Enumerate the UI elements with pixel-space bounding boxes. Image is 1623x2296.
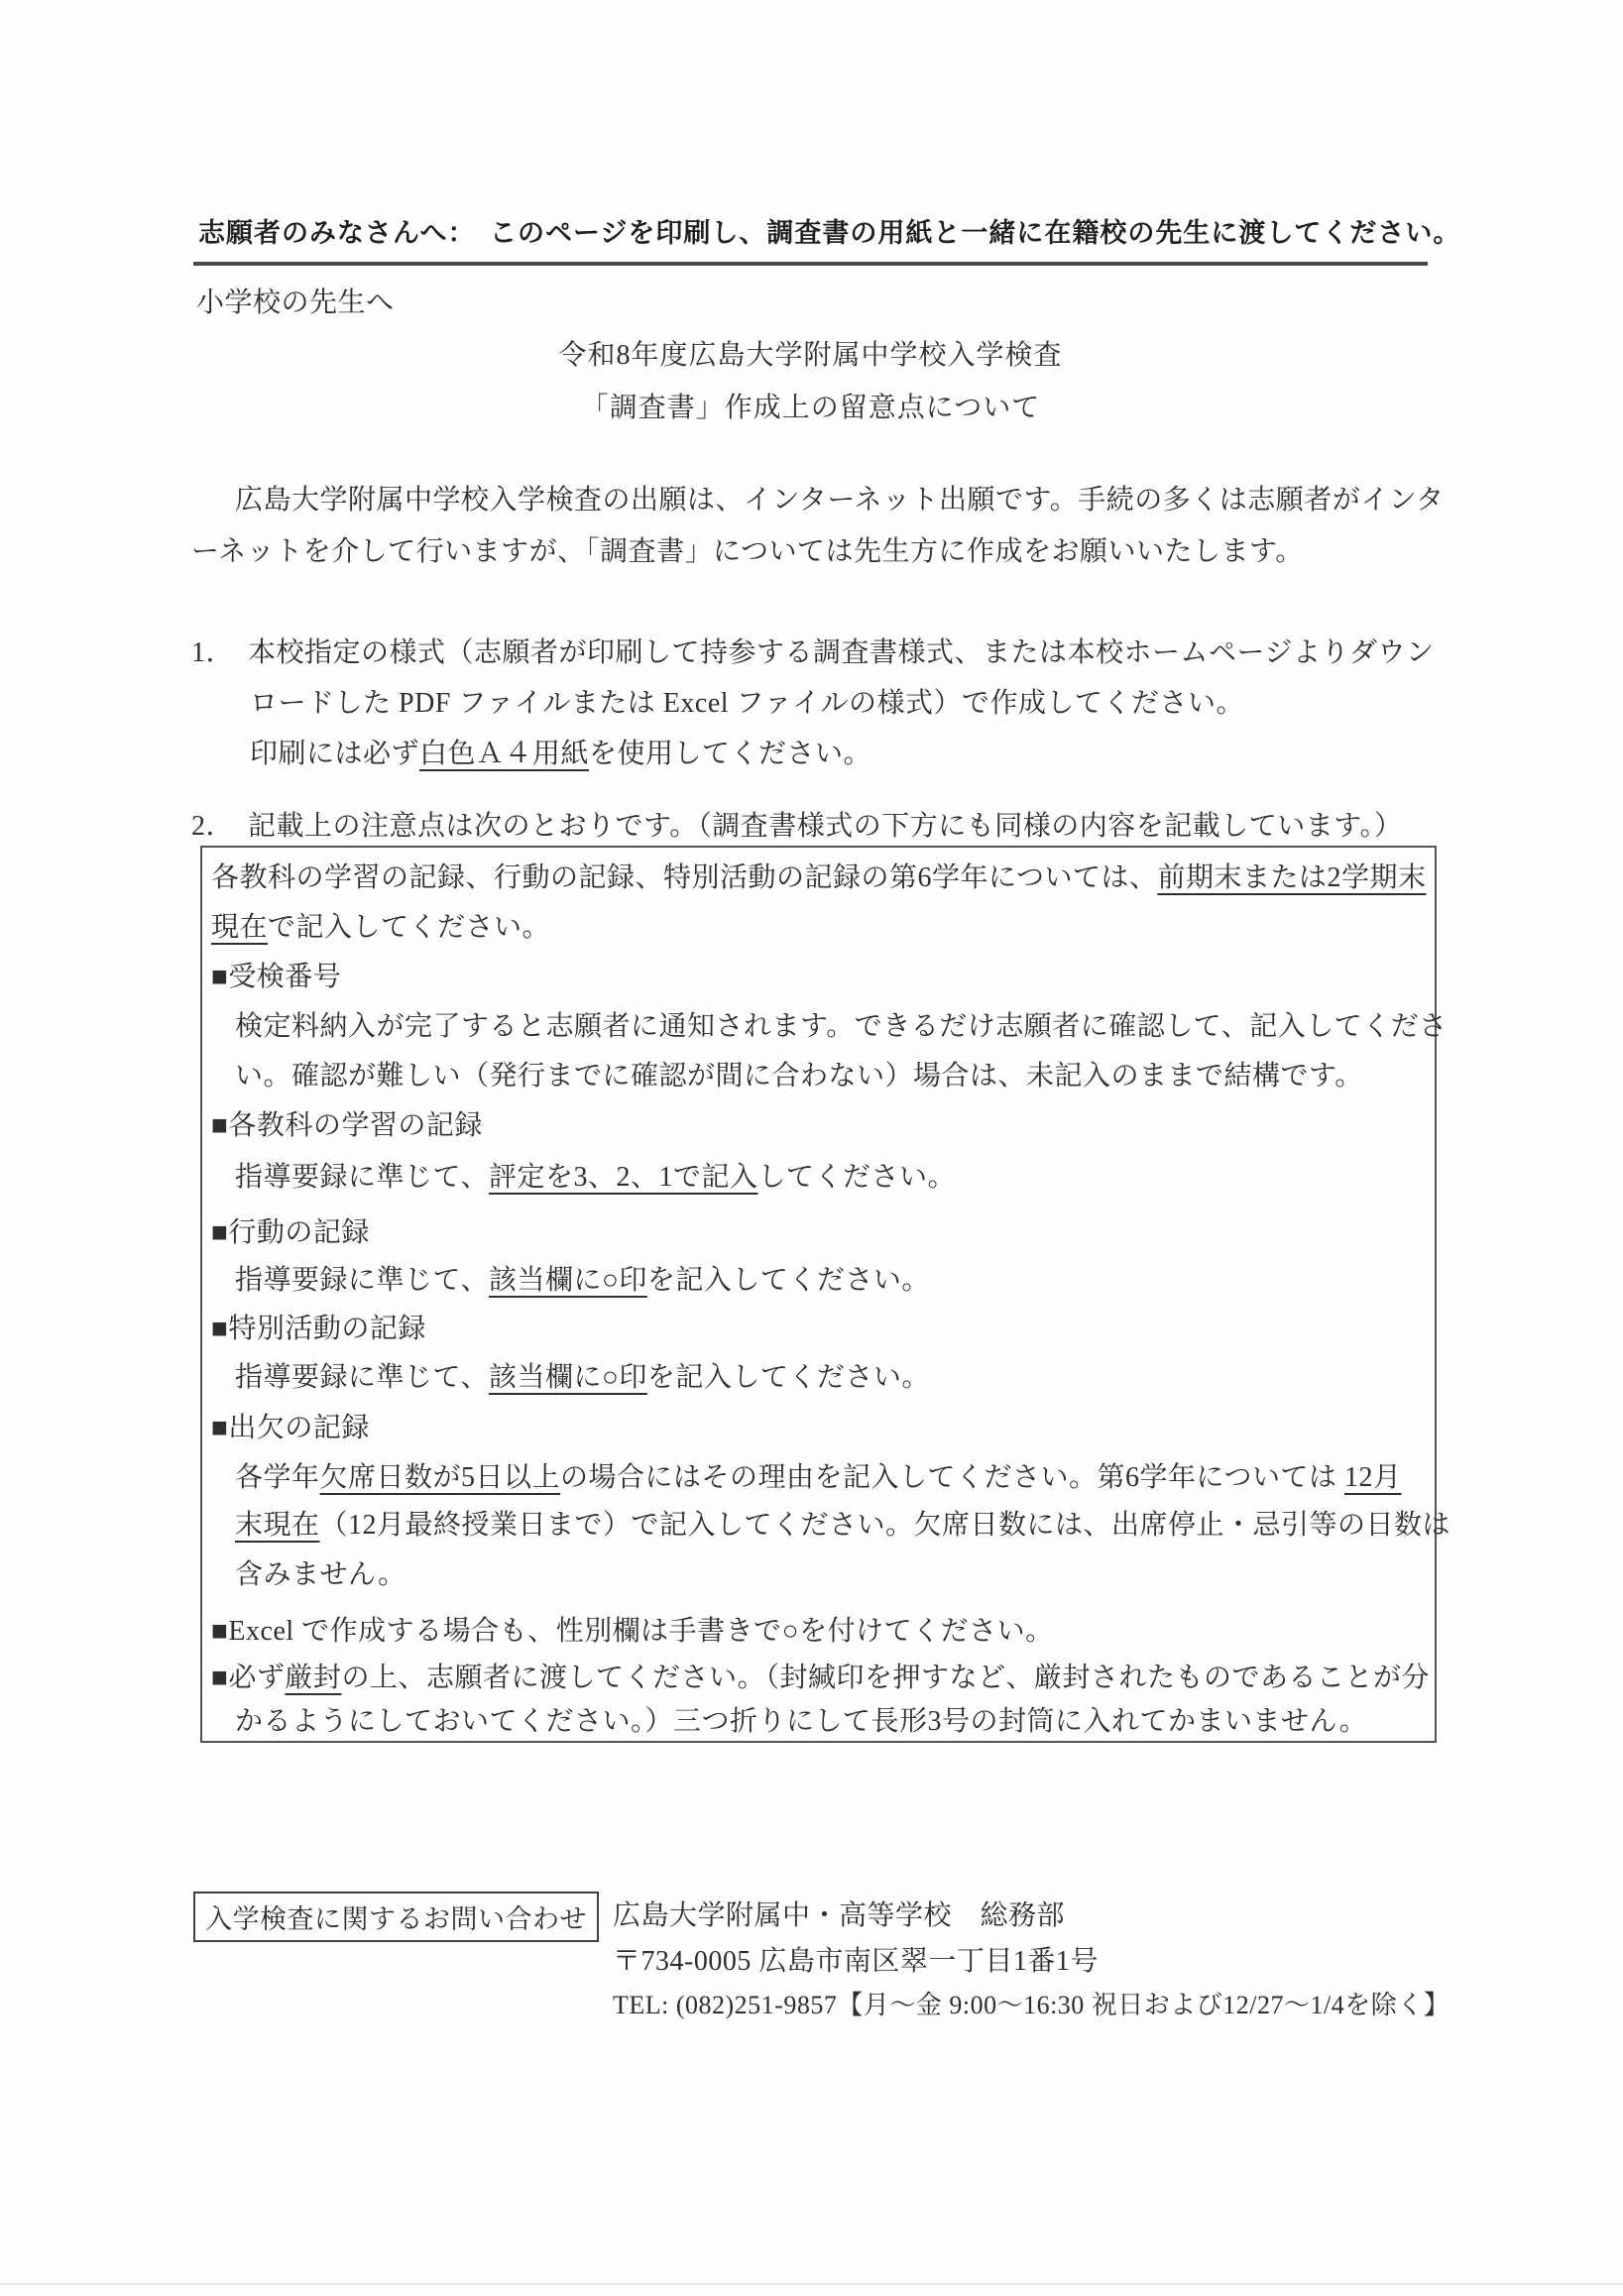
box-line: 指導要録に準じて、該当欄に○印を記入してください。: [235, 1360, 930, 1395]
item2-number: 2．: [191, 809, 248, 845]
item1-line3-pre: 印刷には必ず: [250, 739, 419, 769]
box-line: かるようにしておいてください。）三つ折りにして長形3号の封筒に入れてかまいません…: [235, 1704, 1367, 1739]
contact-org: 広島大学附属中・高等学校 総務部: [613, 1898, 1065, 1934]
box-line: 含みません。: [235, 1557, 406, 1592]
contact-address: 〒734-0005 広島市南区翠一丁目1番1号: [613, 1944, 1099, 1980]
box-line: ■受検番号: [211, 960, 341, 994]
header-divider-rule: [193, 262, 1428, 266]
item1-line1-text: 本校指定の様式（志願者が印刷して持参する調査書様式、または本校ホームページよりダ…: [248, 637, 1434, 668]
notes-box: 各教科の学習の記録、行動の記録、特別活動の記録の第6学年については、前期末または…: [200, 846, 1437, 1743]
notice-bar: 志願者のみなさんへ： このページを印刷し、調査書の用紙と一緒に在籍校の先生に渡し…: [198, 216, 1460, 251]
item2-text: 記載上の注意点は次のとおりです。（調査書様式の下方にも同様の内容を記載しています…: [248, 811, 1403, 842]
box-line: い。確認が難しい（発行までに確認が間に合わない）場合は、未記入のままで結構です。: [235, 1059, 1363, 1093]
item1-line2: ロードした PDF ファイルまたは Excel ファイルの様式）で作成してくださ…: [250, 686, 1244, 722]
box-line: 指導要録に準じて、評定を3、2、1で記入してください。: [235, 1160, 956, 1195]
box-line: 現在で記入してください。: [211, 910, 550, 945]
box-line: ■Excel で作成する場合も、性別欄は手書きで○を付けてください。: [211, 1614, 1054, 1649]
box-line: ■出欠の記録: [211, 1411, 370, 1445]
box-line: ■各教科の学習の記録: [211, 1108, 483, 1143]
scan-artifact-line: [0, 2283, 1623, 2285]
salutation: 小学校の先生へ: [196, 286, 395, 321]
contact-label-box: 入学検査に関するお問い合わせ: [193, 1892, 599, 1942]
item1-line3-underlined: 白色Ａ４用紙: [419, 739, 589, 769]
contact-tel: TEL: (082)251-9857【月～金 9:00～16:30 祝日および1…: [613, 1989, 1449, 2022]
item1-line3: 印刷には必ず白色Ａ４用紙を使用してください。: [250, 737, 871, 772]
box-line: 各学年欠席日数が5日以上の場合にはその理由を記入してください。第6学年については…: [235, 1460, 1402, 1495]
doc-title-line1: 令和8年度広島大学附属中学校入学検査: [193, 333, 1428, 373]
box-line: ■必ず厳封の上、志願者に渡してください。（封緘印を押すなど、厳封されたものである…: [211, 1661, 1430, 1695]
item1-number: 1．: [191, 635, 248, 671]
box-line: 各教科の学習の記録、行動の記録、特別活動の記録の第6学年については、前期末または…: [211, 861, 1426, 895]
box-line: ■特別活動の記録: [211, 1312, 426, 1346]
doc-title-line2: 「調査書」作成上の留意点について: [193, 386, 1428, 425]
scanned-document-page: 志願者のみなさんへ： このページを印刷し、調査書の用紙と一緒に在籍校の先生に渡し…: [0, 0, 1623, 2296]
item1-line1: 1．本校指定の様式（志願者が印刷して持参する調査書様式、または本校ホームページよ…: [191, 635, 1434, 671]
box-line: ■行動の記録: [211, 1215, 370, 1250]
intro-line1: 広島大学附属中学校入学検査の出願は、インターネット出願です。手続の多くは志願者が…: [235, 483, 1445, 518]
box-line: 末現在（12月最終授業日まで）で記入してください。欠席日数には、出席停止・忌引等…: [235, 1508, 1450, 1543]
item1-line3-post: を使用してください。: [589, 739, 871, 769]
box-line: 検定料納入が完了すると志願者に通知されます。できるだけ志願者に確認して、記入して…: [235, 1009, 1448, 1044]
box-line: 指導要録に準じて、該当欄に○印を記入してください。: [235, 1263, 930, 1298]
intro-line2: ーネットを介して行いますが、「調査書」については先生方に作成をお願いいたします。: [191, 534, 1304, 570]
item2-line: 2．記載上の注意点は次のとおりです。（調査書様式の下方にも同様の内容を記載してい…: [191, 809, 1403, 845]
